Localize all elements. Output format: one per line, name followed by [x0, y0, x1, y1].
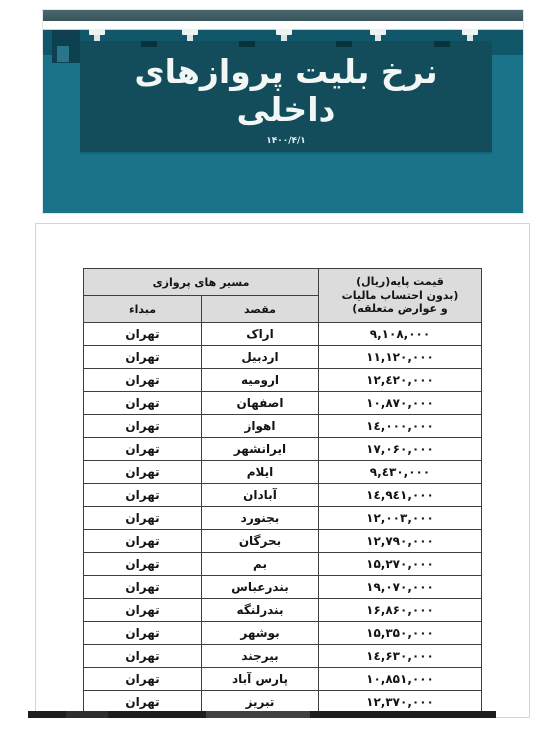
- table-row: تهران بحرگان ۱۲,۷۹۰,۰۰۰: [84, 530, 482, 553]
- destination-cell: ارومیه: [202, 369, 319, 392]
- price-cell: ۱۲,۷۹۰,۰۰۰: [319, 530, 482, 553]
- table-row: تهران ارومیه ۱۲,٤۲۰,۰۰۰: [84, 369, 482, 392]
- sign-clip-icon: [336, 41, 352, 47]
- price-cell: ۱۵,۳۵۰,۰۰۰: [319, 622, 482, 645]
- origin-cell: تهران: [84, 645, 202, 668]
- origin-cell: تهران: [84, 576, 202, 599]
- origin-cell: تهران: [84, 553, 202, 576]
- table-row: تهران بم ۱۵,۲۷۰,۰۰۰: [84, 553, 482, 576]
- price-cell: ۱۱,۱۲۰,۰۰۰: [319, 346, 482, 369]
- scrollbar-thumb[interactable]: [206, 711, 310, 718]
- table-row: تهران پارس آباد ۱۰,۸۵۱,۰۰۰: [84, 668, 482, 691]
- table-row: تهران بجنورد ۱۲,۰۰۳,۰۰۰: [84, 507, 482, 530]
- price-cell: ۱۵,۲۷۰,۰۰۰: [319, 553, 482, 576]
- hanging-sign: نرخ بلیت پروازهای داخلی ۱۴۰۰/۴/۱: [80, 41, 492, 152]
- price-cell: ۱۰,۸۷۰,۰۰۰: [319, 392, 482, 415]
- scrollbar-segment: [66, 711, 108, 718]
- price-header-line2: (بدون احتساب مالیات: [342, 289, 459, 302]
- destination-cell: بندرلنگه: [202, 599, 319, 622]
- banner-rail: [43, 21, 523, 29]
- table-body: تهران اراک ۹,۱۰۸,۰۰۰ تهران اردبیل ۱۱,۱۲۰…: [84, 323, 482, 714]
- price-cell: ۱۰,۸۵۱,۰۰۰: [319, 668, 482, 691]
- sign-clip-icon: [239, 41, 255, 47]
- origin-cell: تهران: [84, 668, 202, 691]
- destination-cell: بجنورد: [202, 507, 319, 530]
- table-row: تهران ایرانشهر ۱۷,۰۶۰,۰۰۰: [84, 438, 482, 461]
- price-cell: ۱۲,۰۰۳,۰۰۰: [319, 507, 482, 530]
- origin-cell: تهران: [84, 323, 202, 346]
- sign-clip-icon: [141, 41, 157, 47]
- price-cell: ۱۹,۰۷۰,۰۰۰: [319, 576, 482, 599]
- destination-cell: اراک: [202, 323, 319, 346]
- table-row: تهران اراک ۹,۱۰۸,۰۰۰: [84, 323, 482, 346]
- price-cell: ۹,۱۰۸,۰۰۰: [319, 323, 482, 346]
- banner-top-strip: [43, 10, 523, 21]
- destination-cell: بوشهر: [202, 622, 319, 645]
- destination-cell: اهواز: [202, 415, 319, 438]
- table-row: تهران بیرجند ۱٤,۶۳۰,۰۰۰: [84, 645, 482, 668]
- price-cell: ۱٤,۶۳۰,۰۰۰: [319, 645, 482, 668]
- table-row: تهران اهواز ۱٤,۰۰۰,۰۰۰: [84, 415, 482, 438]
- destination-cell: اصفهان: [202, 392, 319, 415]
- destination-cell: اردبیل: [202, 346, 319, 369]
- banner-title: نرخ بلیت پروازهای داخلی: [80, 53, 492, 129]
- banner-date: ۱۴۰۰/۴/۱: [80, 136, 492, 146]
- destination-cell: ایلام: [202, 461, 319, 484]
- origin-cell: تهران: [84, 599, 202, 622]
- table-row: تهران بندرلنگه ۱۶,۸۶۰,۰۰۰: [84, 599, 482, 622]
- destination-cell: پارس آباد: [202, 668, 319, 691]
- horizontal-scrollbar[interactable]: [28, 711, 496, 718]
- price-cell: ۱۶,۸۶۰,۰۰۰: [319, 599, 482, 622]
- origin-cell: تهران: [84, 461, 202, 484]
- sign-clip-icon: [434, 41, 450, 47]
- table-row: تهران اصفهان ۱۰,۸۷۰,۰۰۰: [84, 392, 482, 415]
- table-row: تهران بوشهر ۱۵,۳۵۰,۰۰۰: [84, 622, 482, 645]
- flight-price-banner: نرخ بلیت پروازهای داخلی ۱۴۰۰/۴/۱: [43, 10, 523, 213]
- page: نرخ بلیت پروازهای داخلی ۱۴۰۰/۴/۱ مسیر ها…: [0, 0, 558, 737]
- routes-group-header: مسیر های پروازی: [84, 269, 319, 296]
- origin-cell: تهران: [84, 438, 202, 461]
- table-row: تهران بندرعباس ۱۹,۰۷۰,۰۰۰: [84, 576, 482, 599]
- table-row: تهران آبادان ۱٤,۹٤۱,۰۰۰: [84, 484, 482, 507]
- banner-deco-block-light: [57, 46, 69, 62]
- origin-column-header: مبداء: [84, 296, 202, 323]
- origin-cell: تهران: [84, 369, 202, 392]
- origin-cell: تهران: [84, 530, 202, 553]
- table-row: تهران ایلام ۹,٤۳۰,۰۰۰: [84, 461, 482, 484]
- destination-cell: بحرگان: [202, 530, 319, 553]
- origin-cell: تهران: [84, 346, 202, 369]
- origin-cell: تهران: [84, 392, 202, 415]
- price-cell: ۱۲,٤۲۰,۰۰۰: [319, 369, 482, 392]
- table-row: تهران اردبیل ۱۱,۱۲۰,۰۰۰: [84, 346, 482, 369]
- price-table: مسیر های پروازی قیمت پایه(ریال) (بدون اح…: [83, 268, 482, 714]
- price-cell: ۱۷,۰۶۰,۰۰۰: [319, 438, 482, 461]
- destination-cell: ایرانشهر: [202, 438, 319, 461]
- price-header-line3: و عوارض متعلقه): [352, 302, 447, 315]
- origin-cell: تهران: [84, 507, 202, 530]
- price-cell: ۹,٤۳۰,۰۰۰: [319, 461, 482, 484]
- price-cell: ۱٤,۰۰۰,۰۰۰: [319, 415, 482, 438]
- origin-cell: تهران: [84, 415, 202, 438]
- destination-cell: بیرجند: [202, 645, 319, 668]
- destination-cell: آبادان: [202, 484, 319, 507]
- destination-cell: بندرعباس: [202, 576, 319, 599]
- content-panel: مسیر های پروازی قیمت پایه(ریال) (بدون اح…: [35, 223, 530, 718]
- origin-cell: تهران: [84, 484, 202, 507]
- price-column-header: قیمت پایه(ریال) (بدون احتساب مالیات و عو…: [319, 269, 482, 323]
- destination-cell: بم: [202, 553, 319, 576]
- destination-column-header: مقصد: [202, 296, 319, 323]
- price-cell: ۱٤,۹٤۱,۰۰۰: [319, 484, 482, 507]
- origin-cell: تهران: [84, 622, 202, 645]
- price-header-line1: قیمت پایه(ریال): [356, 275, 444, 288]
